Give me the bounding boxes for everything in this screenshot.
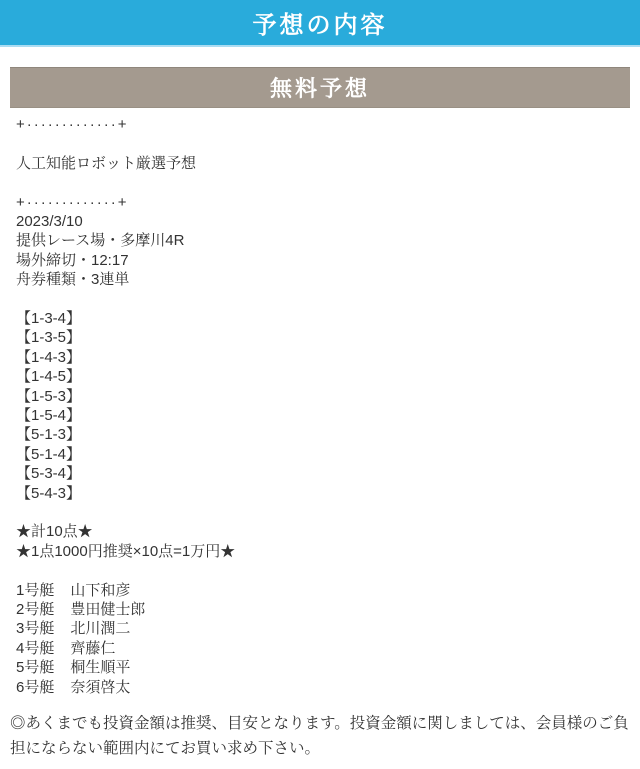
boat-racer-name: 豊田健士郎 xyxy=(70,600,145,619)
race-date: 2023/3/10 xyxy=(16,212,624,231)
combination-item: 【1-4-5】 xyxy=(16,367,624,386)
prediction-headline: 人工知能ロボット厳選予想 xyxy=(16,154,624,173)
boat-number: 4号艇 xyxy=(16,639,54,658)
boat-number: 6号艇 xyxy=(16,678,54,697)
boat-list: 1号艇 山下和彦 2号艇 豊田健士郎 3号艇 北川潤二 4号艇 齊藤仁 5号艇 … xyxy=(16,581,624,697)
points-price: ★1点1000円推奨×10点=1万円★ xyxy=(16,542,624,561)
page-title: 予想の内容 xyxy=(253,5,388,40)
boat-number: 5号艇 xyxy=(16,658,54,677)
boat-row: 4号艇 齊藤仁 xyxy=(16,639,624,658)
divider-mid: +·············+ xyxy=(16,193,624,212)
boat-row: 6号艇 奈須啓太 xyxy=(16,678,624,697)
race-info: 2023/3/10 提供レース場・多摩川4R 場外締切・12:17 舟券種類・3… xyxy=(16,212,624,290)
combination-item: 【1-3-5】 xyxy=(16,328,624,347)
combination-list: 【1-3-4】 【1-3-5】 【1-4-3】 【1-4-5】 【1-5-3】 … xyxy=(16,309,624,503)
bet-type: 舟券種類・3連単 xyxy=(16,270,624,289)
boat-number: 2号艇 xyxy=(16,600,54,619)
race-venue: 提供レース場・多摩川4R xyxy=(16,231,624,250)
combination-item: 【1-5-3】 xyxy=(16,387,624,406)
combination-item: 【5-1-4】 xyxy=(16,445,624,464)
boat-row: 1号艇 山下和彦 xyxy=(16,581,624,600)
boat-number: 3号艇 xyxy=(16,619,54,638)
boat-racer-name: 齊藤仁 xyxy=(70,639,115,658)
boat-row: 5号艇 桐生順平 xyxy=(16,658,624,677)
boat-racer-name: 桐生順平 xyxy=(70,658,130,677)
page-root: 予想の内容 無料予想 +·············+ 人工知能ロボット厳選予想 … xyxy=(0,0,640,761)
boat-row: 3号艇 北川潤二 xyxy=(16,619,624,638)
free-prediction-title: 無料予想 xyxy=(270,72,370,103)
boat-row: 2号艇 豊田健士郎 xyxy=(16,600,624,619)
page-title-banner: 予想の内容 xyxy=(0,0,640,47)
combination-item: 【5-1-3】 xyxy=(16,425,624,444)
prediction-body: +·············+ 人工知能ロボット厳選予想 +··········… xyxy=(0,108,640,697)
boat-racer-name: 北川潤二 xyxy=(70,619,130,638)
points-total: ★計10点★ xyxy=(16,522,624,541)
free-prediction-banner: 無料予想 xyxy=(10,67,630,108)
combination-item: 【5-3-4】 xyxy=(16,464,624,483)
disclaimer-note: ◎あくまでも投資金額は推奨、目安となります。投資金額に関しましては、会員様のご負… xyxy=(0,711,640,761)
boat-number: 1号艇 xyxy=(16,581,54,600)
boat-racer-name: 山下和彦 xyxy=(70,581,130,600)
boat-racer-name: 奈須啓太 xyxy=(70,678,130,697)
combination-item: 【1-5-4】 xyxy=(16,406,624,425)
race-deadline: 場外締切・12:17 xyxy=(16,251,624,270)
combination-item: 【5-4-3】 xyxy=(16,484,624,503)
combination-item: 【1-4-3】 xyxy=(16,348,624,367)
divider-top: +·············+ xyxy=(16,115,624,134)
combination-item: 【1-3-4】 xyxy=(16,309,624,328)
points-summary: ★計10点★ ★1点1000円推奨×10点=1万円★ xyxy=(16,522,624,561)
